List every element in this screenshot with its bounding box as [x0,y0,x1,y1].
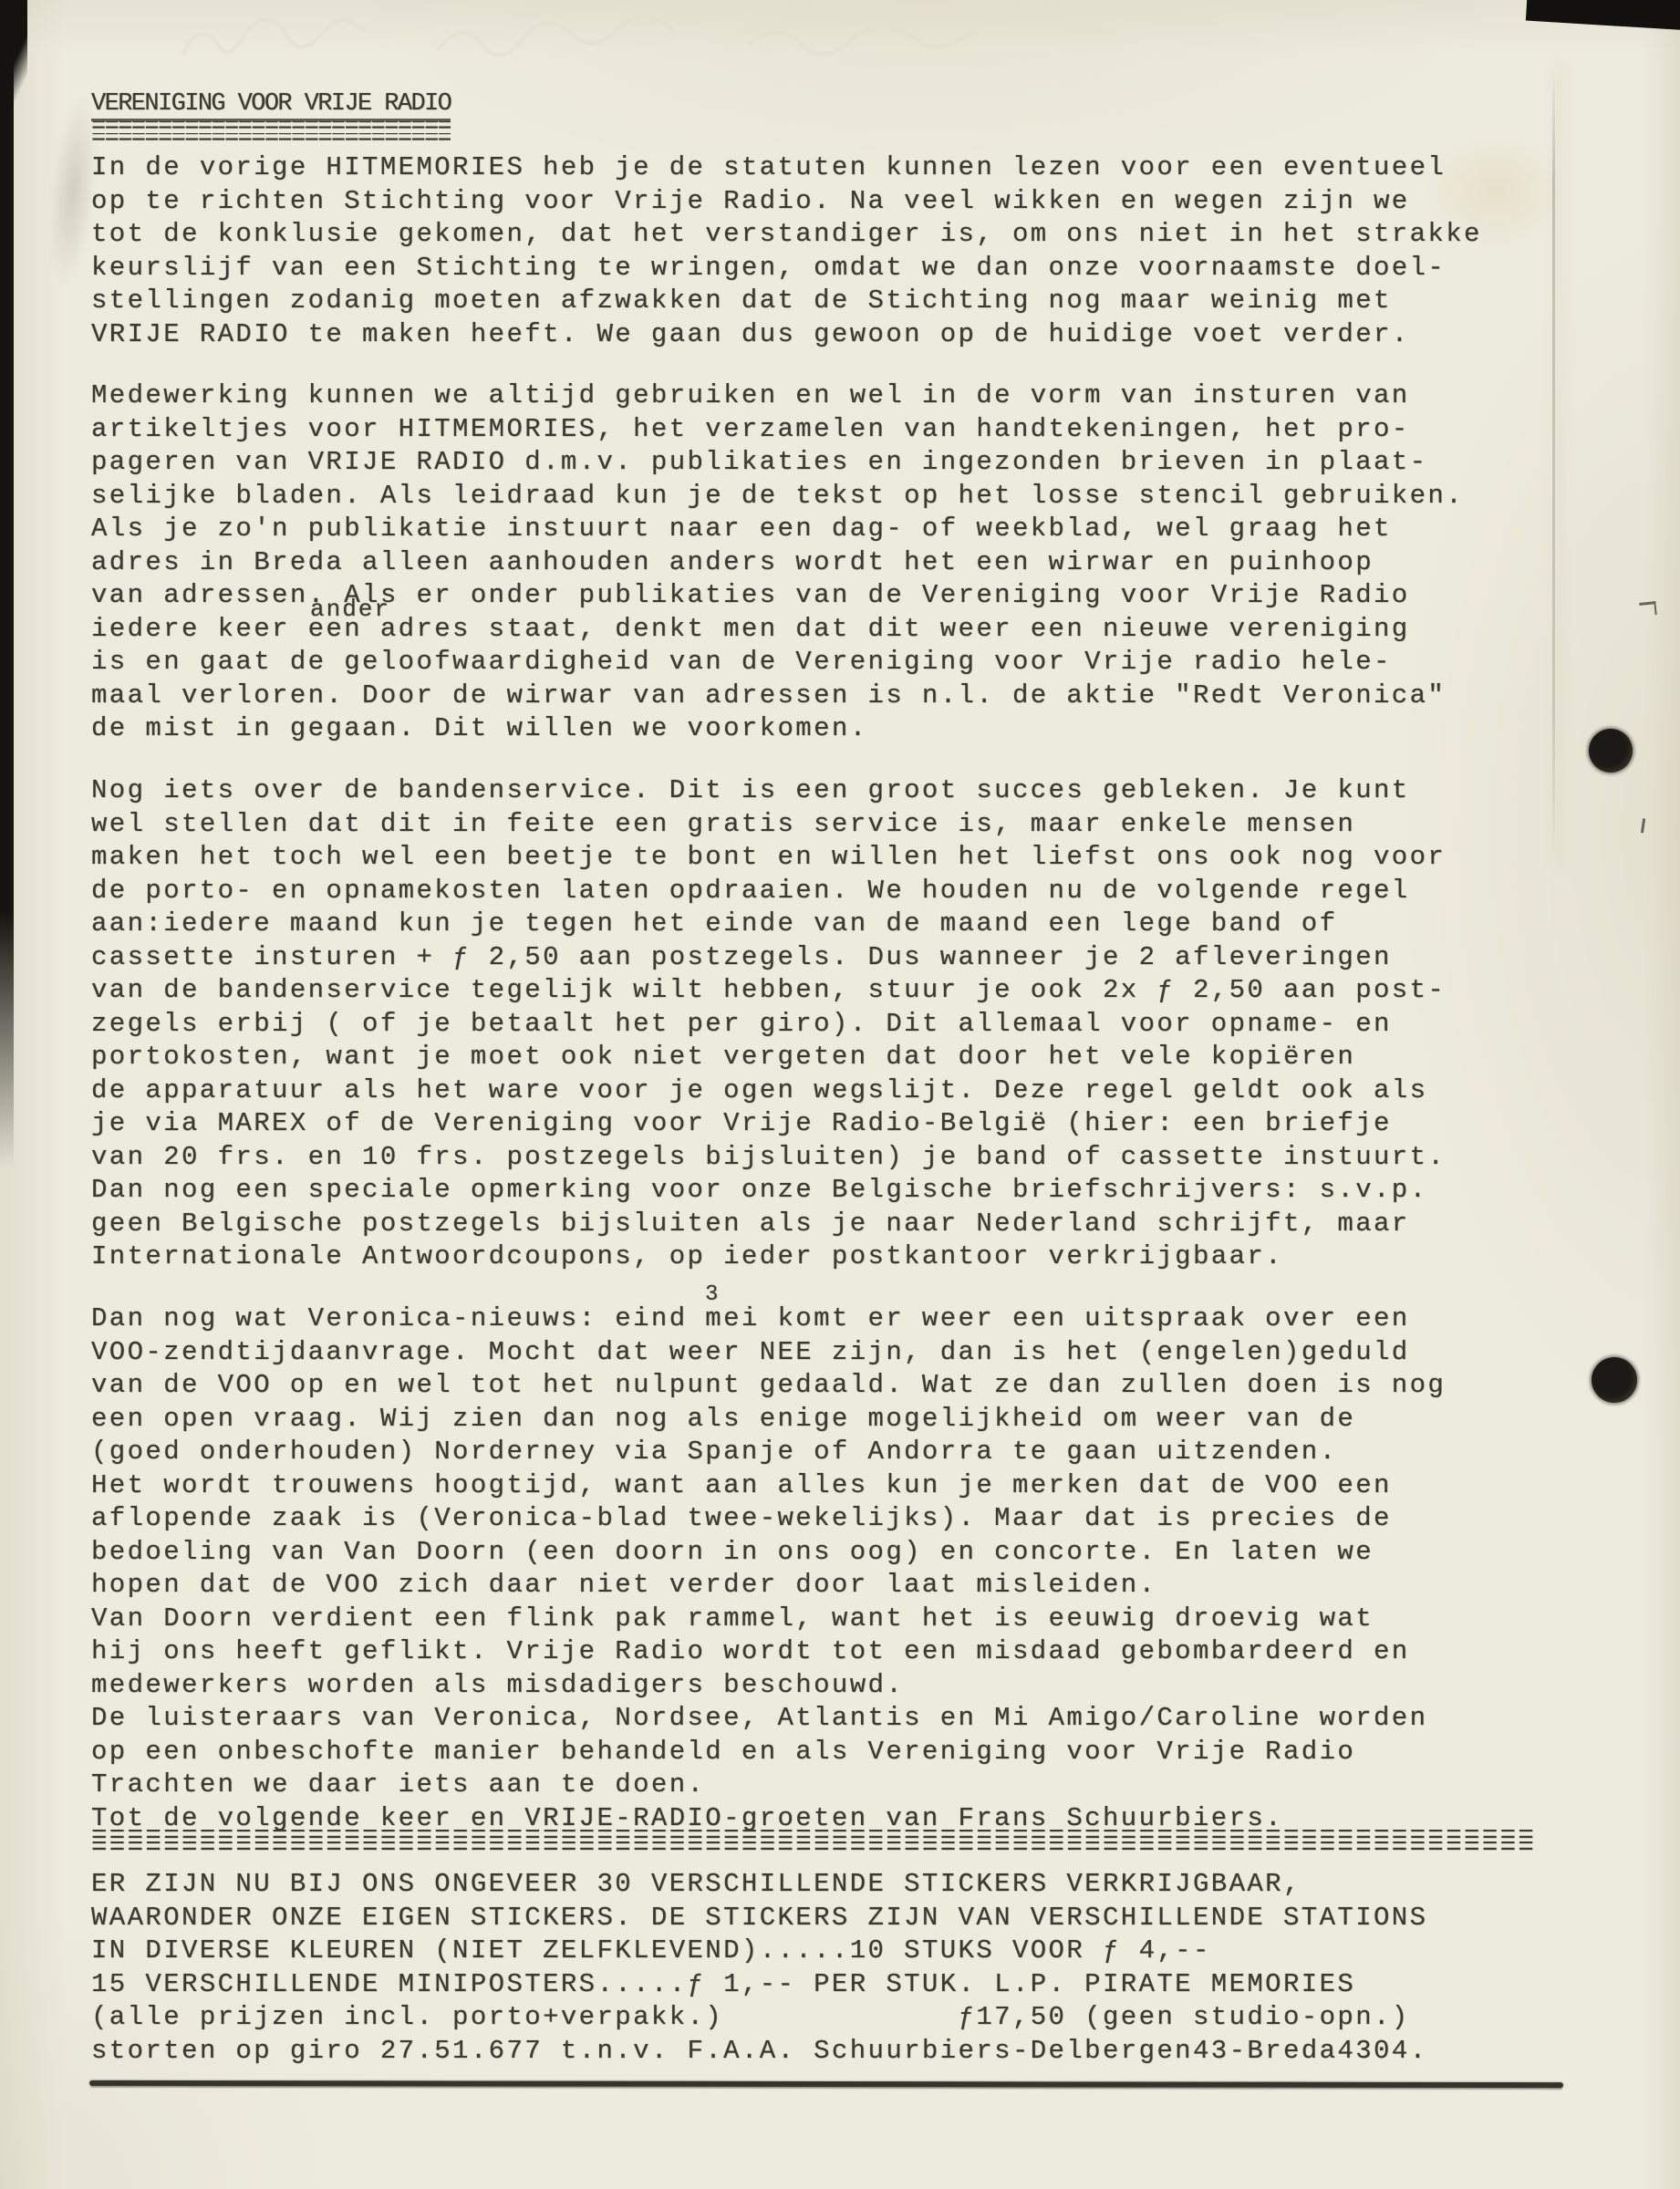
text-line: Van Doorn verdient een flink pak rammel,… [91,1603,1446,1636]
text-line: is en gaat de geloofwaardigheid van de V… [91,646,1464,680]
text-line: een open vraag. Wij zien dan nog als eni… [91,1403,1446,1437]
text-line: van 20 frs. en 10 frs. postzegels bijslu… [91,1141,1446,1175]
text-line: aflopende zaak is (Veronica-blad twee-we… [91,1502,1446,1536]
text-line: (alle prijzen incl. porto+verpakk.) ƒ17,… [91,2001,1427,2035]
text-line: selijke bladen. Als leidraad kun je de t… [91,480,1464,514]
text-line: De luisteraars van Veronica, Nordsee, At… [91,1702,1446,1736]
paragraph-bandenservice: Nog iets over de bandenservice. Dit is e… [91,774,1446,1274]
bottom-rule-line [89,2080,1563,2088]
text-line: IN DIVERSE KLEUREN (NIET ZELFKLEVEND)...… [91,1935,1427,1968]
text-line: (goed onderhouden) Norderney via Spanje … [91,1436,1446,1469]
text-line: medewerkers worden als misdadigers besch… [91,1669,1446,1703]
text-line: WAARONDER ONZE EIGEN STICKERS. DE STICKE… [91,1902,1427,1935]
scanned-page-stage: VERENIGING VOOR VRIJE RADIO ============… [0,0,1680,2189]
text-line: van adressen. Als er onder publikaties v… [91,579,1464,613]
text-line: iedere keer een adres staat, denkt men d… [91,613,1464,647]
paragraph-veronica-nieuws: Dan nog wat Veronica-nieuws: eind mei ko… [91,1302,1446,1835]
embossed-handwriting [164,0,1167,82]
text-line: de apparatuur als het ware voor je ogen … [91,1074,1446,1108]
text-line: de porto- en opnamekosten laten opdraaie… [91,875,1446,908]
text-line: portokosten, want je moet ook niet verge… [91,1041,1446,1074]
text-line: hij ons heeft geflikt. Vrije Radio wordt… [91,1635,1446,1669]
scan-edge-top-right [1526,0,1680,30]
text-line: aan:iedere maand kun je tegen het einde … [91,908,1446,941]
text-line: Internationale Antwoordcoupons, op ieder… [91,1240,1446,1274]
text-line: Dan nog een speciale opmerking voor onze… [91,1174,1446,1208]
stickers-ad-block: ER ZIJN NU BIJ ONS ONGEVEER 30 VERSCHILL… [91,1868,1427,2068]
separator-row: ========================================… [91,1830,1536,1841]
text-line: storten op giro 27.51.677 t.n.v. F.A.A. … [91,2035,1427,2069]
paragraph-medewerking: Medewerking kunnen we altijd gebruiken e… [91,379,1464,746]
separator-row: ========================================… [91,1841,1536,1853]
text-line: Nog iets over de bandenservice. Dit is e… [91,774,1446,808]
text-line: van de bandenservice tegelijk wilt hebbe… [91,974,1446,1008]
text-line: Medewerking kunnen we altijd gebruiken e… [91,379,1464,413]
pen-mark [1639,601,1656,617]
text-line: maal verloren. Door de wirwar van adress… [91,680,1464,713]
text-line: adres in Breda alleen aanhouden anders w… [91,546,1464,580]
text-line: op te richten Stichting voor Vrije Radio… [91,185,1482,219]
text-line: 15 VERSCHILLENDE MINIPOSTERS.....ƒ 1,-- … [91,1968,1427,2002]
pen-mark [1641,818,1654,835]
paper-crease [1552,64,1555,866]
text-line: op een onbeschofte manier behandeld en a… [91,1736,1446,1769]
text-line: tot de konklusie gekomen, dat het versta… [91,218,1482,252]
scan-edge-left [0,0,14,1167]
text-line: bedoeling van Van Doorn (een doorn in on… [91,1536,1446,1570]
text-line: wel stellen dat dit in feite een gratis … [91,808,1446,842]
text-line: hopen dat de VOO zich daar niet verder d… [91,1569,1446,1603]
text-line: pageren van VRIJE RADIO d.m.v. publikati… [91,446,1464,480]
text-line: cassette insturen + ƒ 2,50 aan postzegel… [91,941,1446,975]
text-line: zegels erbij ( of je betaalt het per gir… [91,1008,1446,1042]
paper-sheet: VERENIGING VOOR VRIJE RADIO ============… [0,0,1680,2189]
text-line: je via MAREX of de Vereniging voor Vrije… [91,1107,1446,1141]
text-line: maken het toch wel een beetje te bont en… [91,841,1446,875]
hole-punch-dot [1589,729,1633,773]
text-line: Trachten we daar iets aan te doen. [91,1769,1446,1802]
text-line: keurslijf van een Stichting te wringen, … [91,252,1482,285]
text-line: van de VOO op en wel tot het nulpunt ged… [91,1369,1446,1403]
text-line: VRIJE RADIO te maken heeft. We gaan dus … [91,318,1482,352]
typed-insertion-word: ander [310,596,390,623]
scan-edge-left-top [0,0,27,109]
page-title: VERENIGING VOOR VRIJE RADIO [91,90,451,121]
text-line: ER ZIJN NU BIJ ONS ONGEVEER 30 VERSCHILL… [91,1868,1427,1902]
document-title-block: VERENIGING VOOR VRIJE RADIO ============… [91,88,451,145]
text-line: In de vorige HITMEMORIES heb je de statu… [91,151,1482,185]
text-line: Dan nog wat Veronica-nieuws: eind mei ko… [91,1302,1446,1336]
text-line: VOO-zendtijdaanvrage. Mocht dat weer NEE… [91,1336,1446,1370]
text-line: de mist in gegaan. Dit willen we voorkom… [91,712,1464,746]
title-underline: =========================== [91,121,451,133]
text-line: Het wordt trouwens hoogtijd, want aan al… [91,1469,1446,1503]
typed-superscript-digit: 3 [705,1282,721,1307]
section-separator: ========================================… [91,1830,1536,1853]
text-line: stellingen zodanig moeten afzwakken dat … [91,285,1482,318]
text-line: geen Belgische postzegels bijsluiten als… [91,1208,1446,1241]
text-line: Als je zo'n publikatie instuurt naar een… [91,513,1464,546]
hole-punch-dot [1592,1357,1637,1403]
title-underline: =========================== [91,133,451,145]
paragraph-statuten: In de vorige HITMEMORIES heb je de statu… [91,151,1482,351]
text-line: artikeltjes voor HITMEMORIES, het verzam… [91,413,1464,447]
